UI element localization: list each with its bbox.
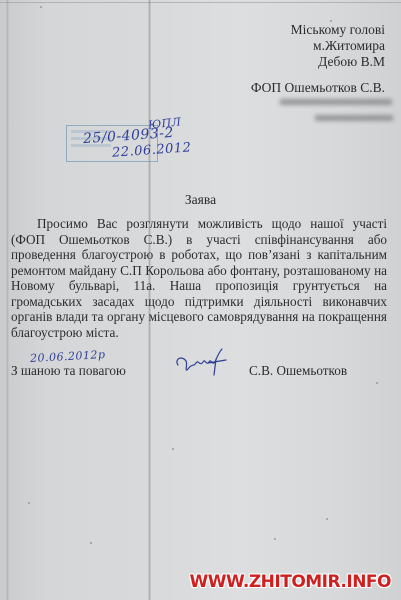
paper-speck: [172, 448, 174, 450]
addressee-line-1: Міському голові: [291, 22, 385, 38]
signer-name: С.В. Ошемьотков: [249, 363, 347, 379]
paper-top-edge: [0, 2, 401, 3]
paper-speck: [274, 538, 276, 540]
paper-speck: [40, 6, 42, 8]
document-title: Заява: [0, 192, 401, 208]
addressee-line-3: Дебою В.М: [291, 54, 385, 70]
sender-name: ФОП Ошемьотков С.В.: [251, 80, 385, 96]
redacted-address-line-1: [280, 99, 392, 105]
site-watermark: WWW.ZHITOMIR.INFO: [190, 572, 391, 592]
closing-phrase: З шаною та повагою: [11, 363, 126, 379]
addressee-line-2: м.Житомира: [291, 38, 385, 54]
redacted-address-line-2: [315, 115, 393, 121]
scanned-document: Міському голові м.Житомира Дебою В.М ФОП…: [0, 0, 401, 600]
paper-speck: [326, 518, 328, 520]
document-body: Просимо Вас розглянути можливість щодо н…: [11, 216, 387, 340]
paper-speck: [330, 20, 332, 22]
signature-icon: [172, 345, 232, 377]
paper-speck: [376, 382, 378, 384]
paper-speck: [28, 502, 30, 504]
paper-fold-line-left: [6, 0, 9, 600]
addressee-block: Міському голові м.Житомира Дебою В.М: [291, 22, 385, 70]
paper-speck: [90, 542, 92, 544]
